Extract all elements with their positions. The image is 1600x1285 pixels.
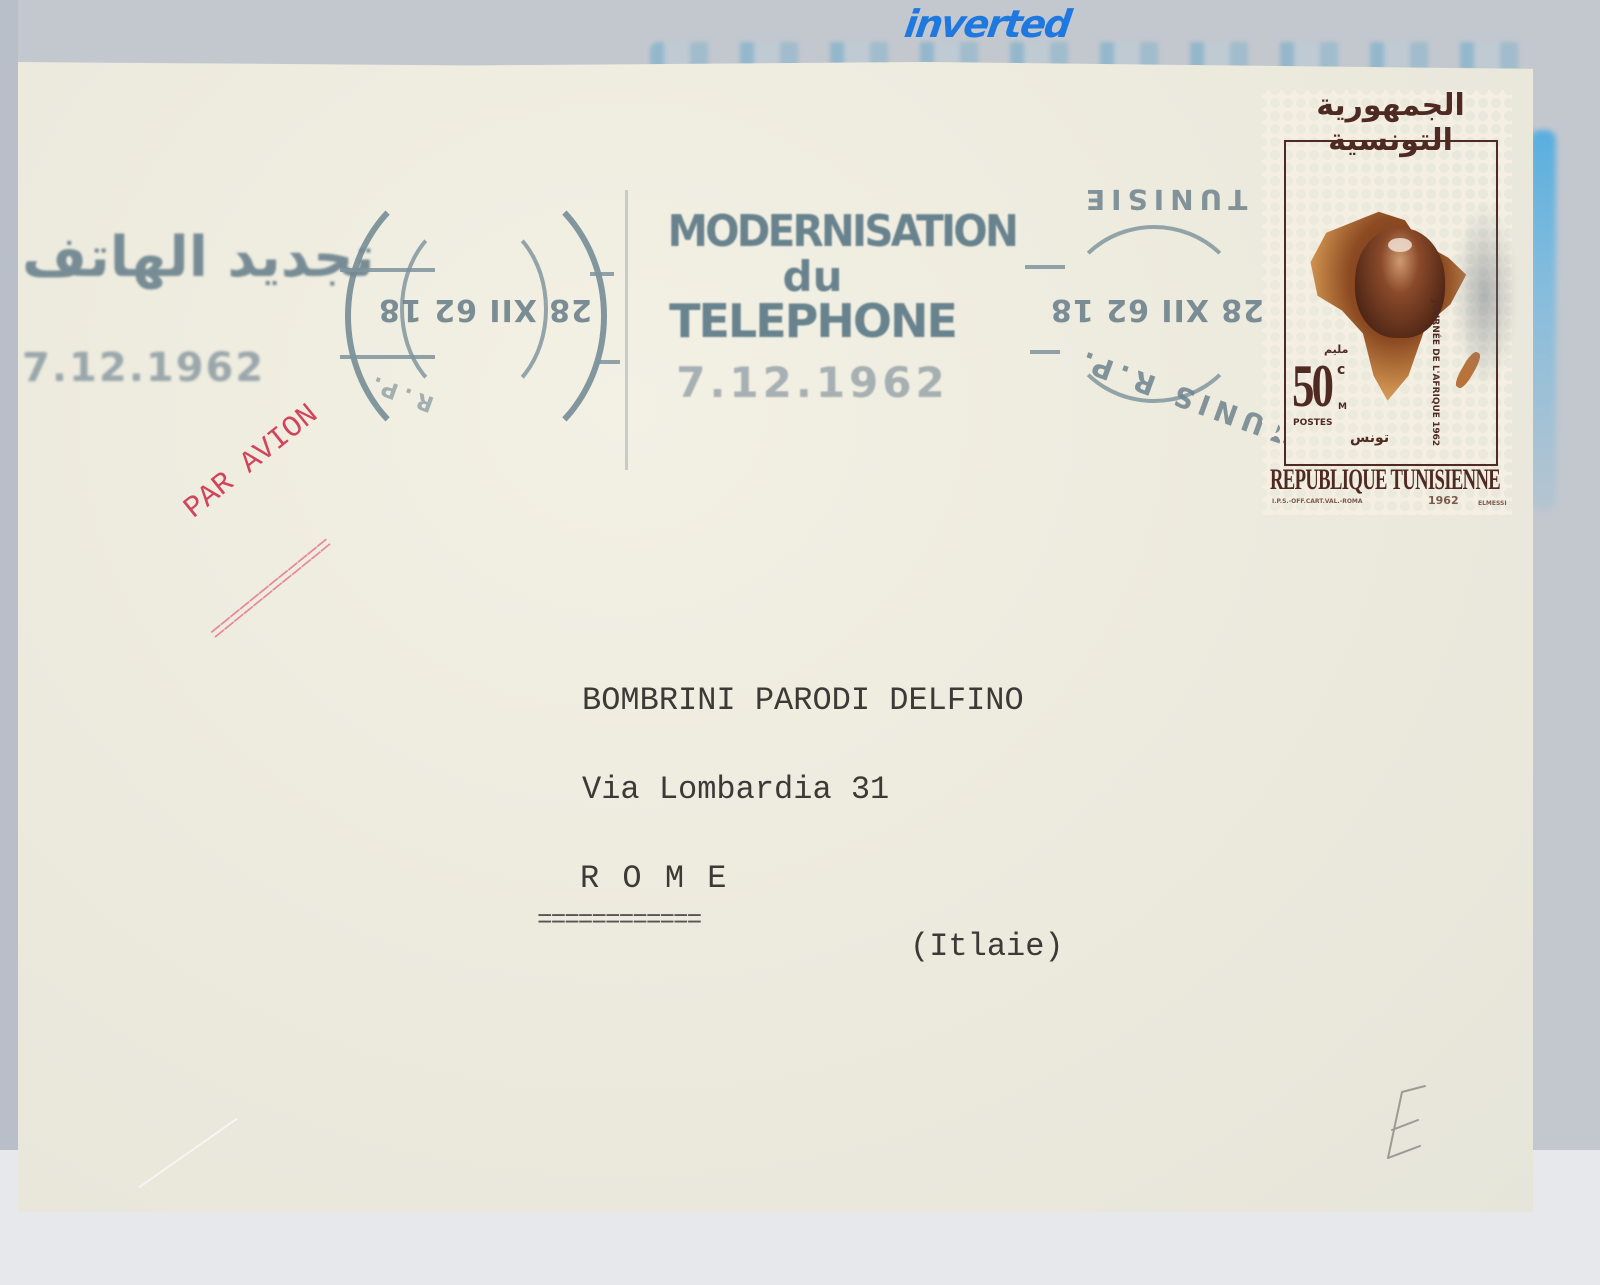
slogan-line-2: du	[655, 256, 970, 298]
portrait-highlight	[1388, 238, 1412, 252]
stamp-country: REPUBLIQUE TUNISIENNE	[1270, 463, 1414, 497]
pencil-mark-icon	[1380, 1080, 1430, 1170]
stamp-designer: ELMESSI	[1478, 500, 1507, 507]
slogan-cancel: MODERNISATION du TELEPHONE 7.12.1962	[655, 210, 970, 404]
slogan-date: 7.12.1962	[655, 362, 970, 404]
background-left	[0, 0, 18, 1150]
postmark-date-right: 28 XII 62 18	[1050, 292, 1264, 327]
recipient-country: (Itlaie)	[910, 928, 1064, 965]
postmark-bar	[598, 360, 620, 364]
postmark-bar	[1030, 350, 1060, 354]
slogan-line-3: TELEPHONE	[655, 298, 970, 344]
handwritten-note: inverted	[902, 2, 1073, 46]
stamp-printer: I.P.S.-OFF.CART.VAL.-ROMA	[1272, 498, 1363, 505]
slogan-left-date: 7.12.1962	[22, 345, 265, 391]
stamp-arabic-small: تونس	[1350, 430, 1389, 446]
stamp-value-unit: M	[1338, 402, 1347, 412]
postmark-town-top: TUNISIE	[1080, 183, 1247, 216]
postmark-bar	[340, 355, 435, 359]
postmark-bar	[340, 268, 435, 272]
recipient-name: BOMBRINI PARODI DELFINO	[582, 682, 1024, 719]
stamp-arabic-header: الجمهورية التونسية	[1278, 88, 1503, 158]
postmark-bar	[590, 272, 614, 276]
stamp-postes: POSTES	[1293, 418, 1333, 428]
stamp-side-text: JOURNÉE DE L'AFRIQUE 1962	[1430, 300, 1440, 470]
fold-crease	[138, 1118, 237, 1188]
recipient-city: R O M E	[580, 860, 728, 897]
recipient-street: Via Lombardia 31	[582, 771, 889, 808]
stamp-value: 50	[1292, 352, 1331, 421]
stamp-year: 1962	[1428, 494, 1459, 507]
stamp-value-superscript: c	[1337, 362, 1345, 378]
cancel-divider	[625, 190, 628, 470]
city-underline: ============	[537, 905, 700, 935]
postmark-date-left: 28 XII 62 18	[378, 292, 592, 327]
postmark-bar	[1025, 265, 1065, 269]
slogan-line-1: MODERNISATION	[668, 210, 958, 254]
stamp-cancel-smudge	[1450, 195, 1520, 395]
torn-edge-fibers-right	[1530, 130, 1556, 510]
slogan-arabic-text: تجديد الهاتف	[22, 225, 375, 290]
